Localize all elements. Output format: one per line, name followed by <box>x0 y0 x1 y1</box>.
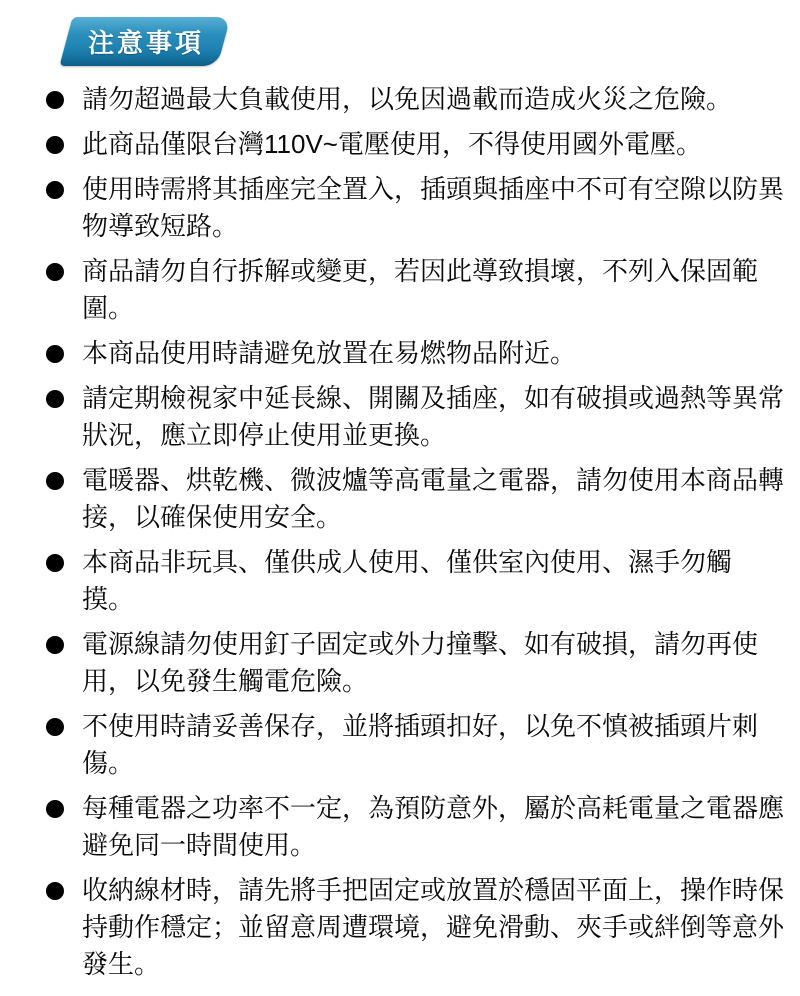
notice-item-line: 本商品非玩具、僅供成人使用、僅供室內使用、濕手勿觸 <box>82 544 732 581</box>
notice-item-line: 用，以免發生觸電危險。 <box>82 663 758 700</box>
notice-item-text: 本商品使用時請避免放置在易燃物品附近。 <box>82 335 576 372</box>
notice-item-line: 不使用時請妥善保存，並將插頭扣好，以免不慎被插頭片刺 <box>82 708 758 745</box>
bullet-dot-icon <box>46 636 64 654</box>
notice-item-line: 商品請勿自行拆解或變更，若因此導致損壞，不列入保固範 <box>82 253 758 290</box>
notice-item-text: 請定期檢視家中延長線、開關及插座，如有破損或過熱等異常狀況，應立即停止使用並更換… <box>82 380 784 454</box>
notice-item-line: 持動作穩定；並留意周遭環境，避免滑動、夾手或絆倒等意外 <box>82 909 784 946</box>
notice-title-badge: 注意事項 <box>59 17 230 66</box>
notice-title-text: 注意事項 <box>85 23 204 60</box>
bullet-dot-icon <box>46 554 64 572</box>
notice-item-line: 收納線材時，請先將手把固定或放置於穩固平面上，操作時保 <box>82 872 784 909</box>
notice-item: 請勿超過最大負載使用，以免因過載而造成火災之危險。 <box>46 81 800 118</box>
notice-item-line: 電暖器、烘乾機、微波爐等高電量之電器，請勿使用本商品轉 <box>82 462 784 499</box>
bullet-dot-icon <box>46 181 64 199</box>
notice-item-text: 每種電器之功率不一定，為預防意外，屬於高耗電量之電器應避免同一時間使用。 <box>82 790 784 864</box>
notice-item-text: 本商品非玩具、僅供成人使用、僅供室內使用、濕手勿觸摸。 <box>82 544 732 618</box>
notice-item: 商品請勿自行拆解或變更，若因此導致損壞，不列入保固範圍。 <box>46 253 800 327</box>
notice-item: 此商品僅限台灣110V~電壓使用，不得使用國外電壓。 <box>46 126 800 163</box>
notice-item: 收納線材時，請先將手把固定或放置於穩固平面上，操作時保持動作穩定；並留意周遭環境… <box>46 872 800 983</box>
notice-item-text: 此商品僅限台灣110V~電壓使用，不得使用國外電壓。 <box>82 126 702 163</box>
notice-item: 電暖器、烘乾機、微波爐等高電量之電器，請勿使用本商品轉接，以確保使用安全。 <box>46 462 800 536</box>
notice-item-text: 電源線請勿使用釘子固定或外力撞擊、如有破損，請勿再使用，以免發生觸電危險。 <box>82 626 758 700</box>
bullet-dot-icon <box>46 800 64 818</box>
notice-item-line: 狀況，應立即停止使用並更換。 <box>82 417 784 454</box>
notice-item: 本商品非玩具、僅供成人使用、僅供室內使用、濕手勿觸摸。 <box>46 544 800 618</box>
notice-item: 每種電器之功率不一定，為預防意外，屬於高耗電量之電器應避免同一時間使用。 <box>46 790 800 864</box>
notice-item: 電源線請勿使用釘子固定或外力撞擊、如有破損，請勿再使用，以免發生觸電危險。 <box>46 626 800 700</box>
notice-item-line: 接，以確保使用安全。 <box>82 499 784 536</box>
bullet-dot-icon <box>46 136 64 154</box>
bullet-dot-icon <box>46 472 64 490</box>
notice-item-line: 傷。 <box>82 745 758 782</box>
notice-item-text: 不使用時請妥善保存，並將插頭扣好，以免不慎被插頭片刺傷。 <box>82 708 758 782</box>
notice-item: 本商品使用時請避免放置在易燃物品附近。 <box>46 335 800 372</box>
notice-item-line: 圍。 <box>82 290 758 327</box>
notice-item-line: 本商品使用時請避免放置在易燃物品附近。 <box>82 335 576 372</box>
notice-item: 請定期檢視家中延長線、開關及插座，如有破損或過熱等異常狀況，應立即停止使用並更換… <box>46 380 800 454</box>
notice-item-text: 請勿超過最大負載使用，以免因過載而造成火災之危險。 <box>82 81 732 118</box>
notice-item-line: 發生。 <box>82 946 784 983</box>
notice-item-line: 電源線請勿使用釘子固定或外力撞擊、如有破損，請勿再使 <box>82 626 758 663</box>
notice-item-text: 商品請勿自行拆解或變更，若因此導致損壞，不列入保固範圍。 <box>82 253 758 327</box>
bullet-dot-icon <box>46 263 64 281</box>
notice-item-line: 請勿超過最大負載使用，以免因過載而造成火災之危險。 <box>82 81 732 118</box>
bullet-dot-icon <box>46 718 64 736</box>
notice-item-line: 避免同一時間使用。 <box>82 827 784 864</box>
notice-item-line: 使用時需將其插座完全置入，插頭與插座中不可有空隙以防異 <box>82 171 784 208</box>
notice-item-text: 收納線材時，請先將手把固定或放置於穩固平面上，操作時保持動作穩定；並留意周遭環境… <box>82 872 784 983</box>
notice-item-line: 摸。 <box>82 581 732 618</box>
bullet-dot-icon <box>46 390 64 408</box>
notice-item: 不使用時請妥善保存，並將插頭扣好，以免不慎被插頭片刺傷。 <box>46 708 800 782</box>
notice-item-line: 請定期檢視家中延長線、開關及插座，如有破損或過熱等異常 <box>82 380 784 417</box>
notice-page: 注意事項 請勿超過最大負載使用，以免因過載而造成火災之危險。 此商品僅限台灣11… <box>0 0 800 996</box>
notice-item-line: 每種電器之功率不一定，為預防意外，屬於高耗電量之電器應 <box>82 790 784 827</box>
bullet-dot-icon <box>46 882 64 900</box>
notice-list: 請勿超過最大負載使用，以免因過載而造成火災之危險。 此商品僅限台灣110V~電壓… <box>0 81 800 983</box>
bullet-dot-icon <box>46 345 64 363</box>
notice-item: 使用時需將其插座完全置入，插頭與插座中不可有空隙以防異物導致短路。 <box>46 171 800 245</box>
notice-item-line: 物導致短路。 <box>82 208 784 245</box>
notice-item-line: 此商品僅限台灣110V~電壓使用，不得使用國外電壓。 <box>82 126 702 163</box>
notice-item-text: 電暖器、烘乾機、微波爐等高電量之電器，請勿使用本商品轉接，以確保使用安全。 <box>82 462 784 536</box>
notice-item-text: 使用時需將其插座完全置入，插頭與插座中不可有空隙以防異物導致短路。 <box>82 171 784 245</box>
bullet-dot-icon <box>46 91 64 109</box>
